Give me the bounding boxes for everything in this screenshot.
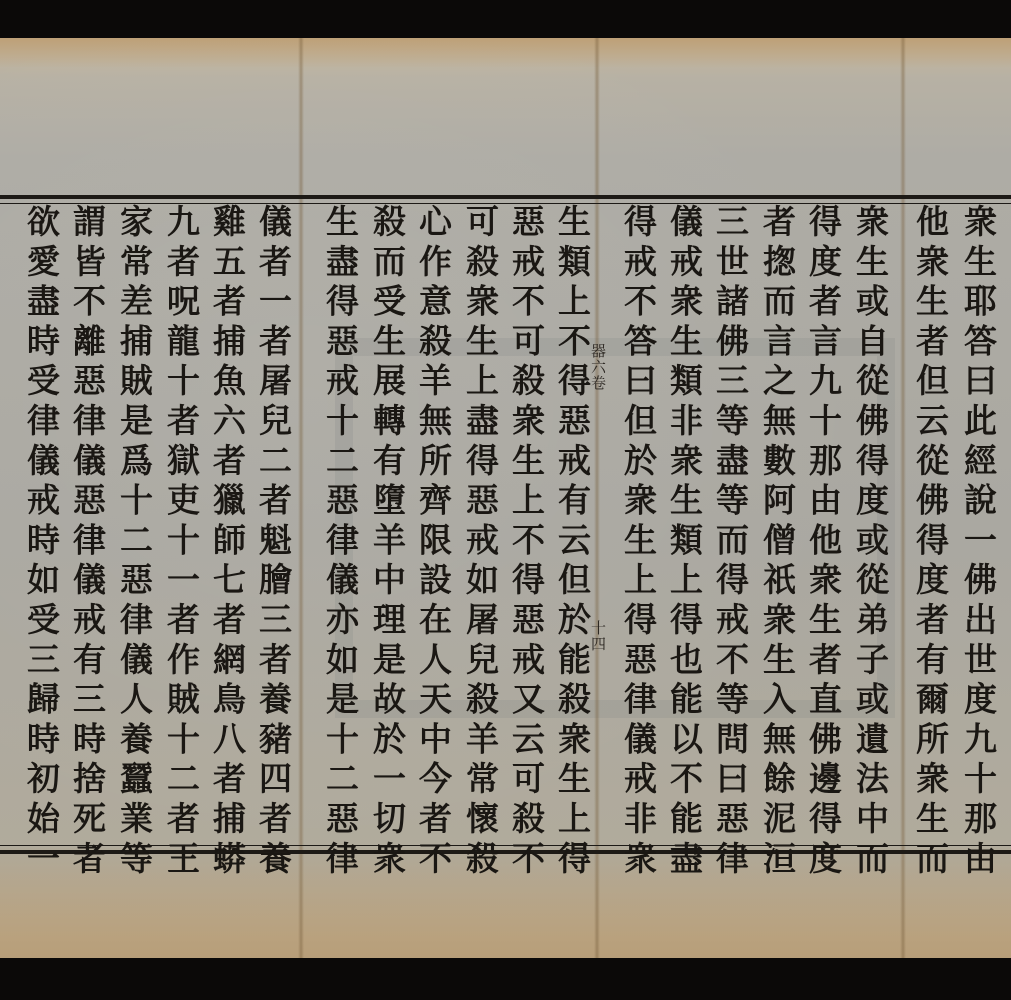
text-column: 得度者言九十那由他衆生者直佛邊得度 [803,204,843,881]
text-column: 三世諸佛三等盡等而得戒不等問曰惡律 [710,204,750,881]
text-column: 衆生耶答曰此經說一佛出世度九十那由 [958,204,998,881]
text-column: 他衆生者但云從佛得度者有爾所衆生而 [910,204,950,881]
page-fold [298,38,304,958]
text-column: 謂皆不離惡律儀惡律儀戒有三時捨死者 [67,204,107,881]
text-column: 生盡得惡戒十二惡律儀亦如是十二惡律 [320,204,360,881]
text-column: 儀者一者屠兒二者魁膾三者養豬四者養 [253,204,293,881]
text-column: 衆生或自從佛得度或從弟子或遺法中而 [850,204,890,881]
text-column: 生類上不得惡戒有云但於能殺衆生上得 [552,204,592,881]
text-column: 可殺衆生上盡得惡戒如屠兒殺羊常懷殺 [460,204,500,881]
text-column: 欲愛盡時受律儀戒時如受三歸時初始一 [21,204,61,881]
text-column: 雞五者捕魚六者獵師七者網鳥八者捕蟒 [207,204,247,881]
text-column: 心作意殺羊無所齊限設在人天中今者不 [413,204,453,881]
page-fold [900,38,906,958]
text-column: 儀戒衆生類非衆生類上得也能以不能盡 [664,204,704,881]
paper-stain-top [0,38,1011,68]
page-fold [594,38,600,958]
text-column: 惡戒不可殺衆生上不得惡戒又云可殺不 [506,204,546,881]
text-column: 殺而受生展轉有墮羊中理是故於一切衆 [367,204,407,881]
text-column: 得戒不答曰但於衆生上得惡律儀戒非衆 [618,204,658,881]
document-page: 衆生耶答曰此經說一佛出世度九十那由 他衆生者但云從佛得度者有爾所衆生而 衆生或自… [0,38,1011,958]
top-border-thick [0,195,1011,199]
text-column: 九者呪龍十者獄吏十一者作賊十二者王 [161,204,201,881]
text-column: 家常差捕賊是爲十二惡律儀人養蠶業等 [114,204,154,881]
text-column: 者揔而言之無數阿僧祇衆生入無餘泥洹 [757,204,797,881]
